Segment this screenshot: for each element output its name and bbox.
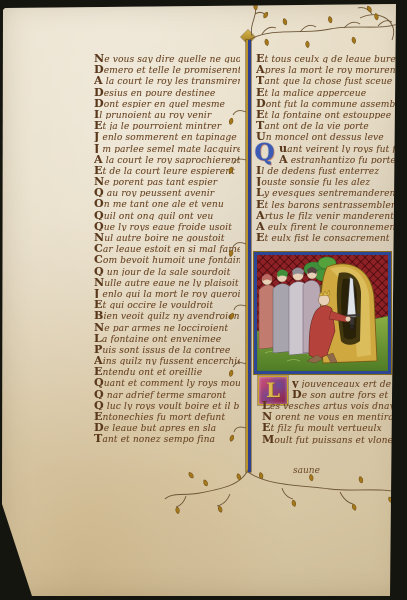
- right-text-column-top: Et tous ceulx q de leaue burentApres la …: [256, 52, 396, 142]
- text-line: Quant et comment ly roys mouro: [94, 376, 240, 387]
- text-line: J enlo sommerent en tapinage: [94, 130, 240, 141]
- text-line: Ne porent pas tant espier: [94, 175, 240, 186]
- text-line: Quil ont onq quil ont veu: [94, 209, 240, 220]
- text-line: Com bevoit humoit une fontaine: [94, 253, 240, 264]
- text-line: De son autre fors et uno: [292, 388, 396, 399]
- text-line: Nulle autre eaue ne ly plaisoit: [94, 276, 240, 287]
- text-line: J m parlee semel mate lacquire: [94, 142, 240, 153]
- text-line: Jouste sonsie fu les alez: [256, 175, 396, 186]
- text-line: A la court le roy saprochierent: [94, 153, 240, 164]
- text-line: Que ly roys eaue froide usoit: [94, 220, 240, 231]
- text-line: A eulx firent le couronnement: [256, 220, 396, 231]
- right-text-column-bottom: Il de dedens fust enterrezJouste sonsie …: [256, 164, 396, 242]
- left-text-column: Ne vous say dire quelle ne quoDemero et …: [94, 52, 240, 444]
- text-line: y jouvenceaux ert de lo an: [292, 377, 396, 388]
- text-line: Et la fontaine ont estouppee: [256, 108, 396, 119]
- text-line: Et eulx fist le consacrement: [256, 231, 396, 242]
- text-line: Artus le filz venir manderent: [256, 209, 396, 220]
- manuscript-page: Ne vous say dire quelle ne quoDemero et …: [0, 0, 407, 600]
- text-line: Ains quilz ny fussent encerchie: [94, 354, 240, 365]
- miniature-frame: [254, 252, 391, 374]
- text-line: Q au roy peussent avenir: [94, 186, 240, 197]
- text-line: Q un jour de la sale sourdoit: [94, 265, 240, 276]
- text-line: Tant que la chose fust sceue: [256, 74, 396, 85]
- catchword: saune: [293, 466, 320, 476]
- text-line: Les vesches artus vois dnay: [262, 399, 396, 410]
- text-line: N orent ne vous en mentiray: [262, 410, 396, 421]
- text-line: Entonechies fu mort defunt: [94, 410, 240, 421]
- text-line: Puis sont issus de la contree: [94, 343, 240, 354]
- text-line: Il prunoient au roy venir: [94, 108, 240, 119]
- text-line: Ne par armes ne locciroient: [94, 321, 240, 332]
- text-line: Et la malice apperceue: [256, 86, 396, 97]
- miniature: [253, 251, 392, 375]
- text-line: Et ja le pourroient mintrer: [94, 119, 240, 130]
- text-line: uant veirent ly roys fut finez: [279, 142, 396, 153]
- text-line: Car leaue estoit en si mal fame: [94, 242, 240, 253]
- text-line: Moult fut puissans et vlonez: [262, 433, 396, 444]
- right-text-beside-initial: uant veirent ly roys fut finezA estranha…: [279, 142, 396, 164]
- text-line: Et filz fu moult vertueulx: [262, 421, 396, 432]
- text-line: Dont fut la commune assemblee: [256, 97, 396, 108]
- text-line: Entendu ont et oreillie: [94, 365, 240, 376]
- text-line: A la court le roy les transmirent: [94, 74, 240, 85]
- miniature-scene: [257, 255, 388, 371]
- text-line: Un moncel ont dessus leve: [256, 130, 396, 141]
- bottom-text-column: Les vesches artus vois dnayN orent ne vo…: [262, 399, 396, 444]
- text-line: Desius en poure destinee: [94, 86, 240, 97]
- text-line: Nul autre boire ne goustoit: [94, 231, 240, 242]
- bottom-text-beside-initial: y jouvenceaux ert de lo anDe son autre f…: [292, 377, 396, 399]
- text-line: Et tous ceulx q de leaue burent: [256, 52, 396, 63]
- text-line: Tant et nonez sempo fina: [94, 432, 240, 443]
- text-line: A estranhantizo fu portez: [279, 153, 396, 164]
- text-line: De leaue but apres en sla: [94, 421, 240, 432]
- text-line: Tant ont de la vie porte: [256, 119, 396, 130]
- column-divider-bar: [246, 40, 251, 472]
- text-line: Bien veoit quilz ny avendroient: [94, 309, 240, 320]
- illuminated-initial-q: Q: [252, 141, 277, 165]
- text-line: Ly evesques sentremanderent: [256, 186, 396, 197]
- text-line: On me tant one ale et venu: [94, 197, 240, 208]
- text-line: J enlo qui la mort le roy queroit: [94, 287, 240, 298]
- text-line: Dont espier en quel mesme: [94, 97, 240, 108]
- text-line: Et qui occire le vouldroit: [94, 298, 240, 309]
- text-line: Apres la mort le roy morurent: [256, 63, 396, 74]
- text-line: Demero et telle le promiserent: [94, 63, 240, 74]
- text-line: Ne vous say dire quelle ne quo: [94, 52, 240, 63]
- text-line: La fontaine ont envenimee: [94, 332, 240, 343]
- miniature-art: [257, 255, 388, 371]
- text-line: Et de la court leure espierent: [94, 164, 240, 175]
- text-line: Q nar adrief terme smaront: [94, 388, 240, 399]
- text-line: Il de dedens fust enterrez: [256, 164, 396, 175]
- text-line: Q luc ly roys voult boire et il but: [94, 399, 240, 410]
- text-line: Et les barons sentrassemblerent: [256, 198, 396, 209]
